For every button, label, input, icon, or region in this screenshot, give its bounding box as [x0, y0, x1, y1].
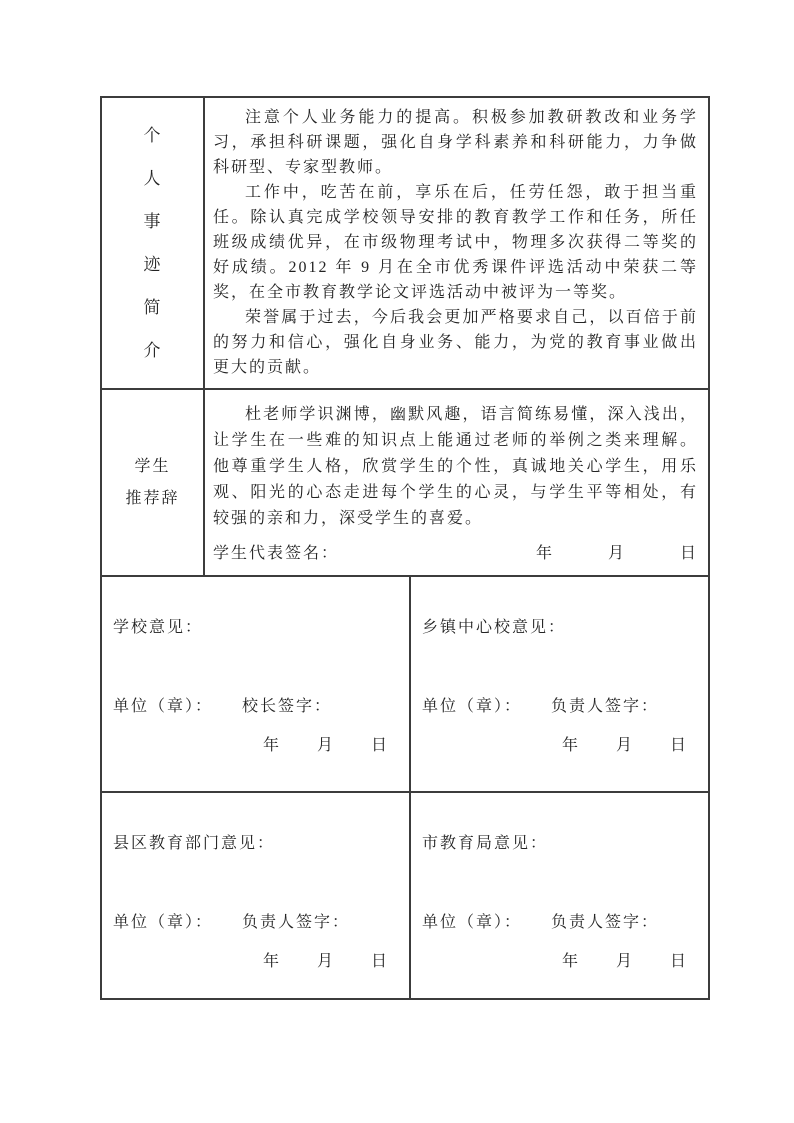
date-fill-in: 年 月 日 [536, 541, 698, 567]
label-char: 迹 [144, 256, 162, 273]
opinion-row-1: 学校意见： 单位（章）： 校长签字： 年 月 日 乡镇中心校意见： 单位（章）：… [102, 575, 708, 791]
document-page: 个 人 事 迹 简 介 注意个人业务能力的提高。积极参加教研教改和业务学习，承担… [0, 0, 794, 1123]
date-fill-in: 年 月 日 [422, 735, 708, 757]
county-education-opinion-cell: 县区教育部门意见： 单位（章）： 负责人签字： 年 月 日 [102, 793, 411, 998]
unit-seal-label: 单位（章）： [113, 912, 213, 934]
opinion-sign-row: 单位（章）： 负责人签字： [422, 696, 708, 718]
label-line: 推荐辞 [125, 483, 179, 515]
opinion-title: 学校意见： [113, 617, 409, 639]
school-opinion-cell: 学校意见： 单位（章）： 校长签字： 年 月 日 [102, 577, 411, 791]
deeds-paragraph: 荣誉属于过去，今后我会更加严格要求自己，以百倍于前的努力和信心，强化自身业务、能… [213, 305, 698, 380]
signer-label: 负责人签字： [551, 912, 659, 934]
township-school-opinion-cell: 乡镇中心校意见： 单位（章）： 负责人签字： 年 月 日 [411, 577, 708, 791]
recommendation-paragraph: 杜老师学识渊博，幽默风趣，语言简练易懂，深入浅出，让学生在一些难的知识点上能通过… [213, 402, 698, 532]
opinion-sign-row: 单位（章）： 负责人签字： [113, 912, 409, 934]
student-signature-line: 学生代表签名： 年 月 日 [213, 541, 698, 567]
date-fill-in: 年 月 日 [113, 951, 409, 973]
signer-label: 负责人签字： [551, 696, 659, 718]
unit-seal-label: 单位（章）： [422, 696, 522, 718]
label-char: 人 [144, 170, 162, 187]
opinion-title: 县区教育部门意见： [113, 833, 409, 855]
personal-deeds-row: 个 人 事 迹 简 介 注意个人业务能力的提高。积极参加教研教改和业务学习，承担… [102, 98, 708, 388]
opinion-row-2: 县区教育部门意见： 单位（章）： 负责人签字： 年 月 日 市教育局意见： 单位… [102, 791, 708, 998]
opinion-sign-row: 单位（章）： 校长签字： [113, 696, 409, 718]
label-char: 介 [144, 342, 162, 359]
opinion-title: 乡镇中心校意见： [422, 617, 708, 639]
date-fill-in: 年 月 日 [113, 735, 409, 757]
opinion-title: 市教育局意见： [422, 833, 708, 855]
student-recommendation-content: 杜老师学识渊博，幽默风趣，语言简练易懂，深入浅出，让学生在一些难的知识点上能通过… [205, 390, 708, 575]
student-signature-label: 学生代表签名： [213, 541, 339, 567]
student-recommendation-label: 学生 推荐辞 [102, 390, 205, 575]
label-char: 事 [144, 213, 162, 230]
deeds-paragraph: 工作中，吃苦在前，享乐在后，任劳任怨，敢于担当重任。除认真完成学校领导安排的教育… [213, 180, 698, 305]
date-fill-in: 年 月 日 [422, 951, 708, 973]
personal-deeds-label: 个 人 事 迹 简 介 [102, 98, 205, 388]
student-recommendation-row: 学生 推荐辞 杜老师学识渊博，幽默风趣，语言简练易懂，深入浅出，让学生在一些难的… [102, 388, 708, 575]
recommendation-form-table: 个 人 事 迹 简 介 注意个人业务能力的提高。积极参加教研教改和业务学习，承担… [100, 96, 710, 1000]
label-char: 个 [144, 127, 162, 144]
opinion-sign-row: 单位（章）： 负责人签字： [422, 912, 708, 934]
deeds-paragraph: 注意个人业务能力的提高。积极参加教研教改和业务学习，承担科研课题，强化自身学科素… [213, 105, 698, 180]
signer-label: 负责人签字： [242, 912, 350, 934]
label-line: 学生 [134, 451, 170, 483]
unit-seal-label: 单位（章）： [113, 696, 213, 718]
label-char: 简 [144, 299, 162, 316]
unit-seal-label: 单位（章）： [422, 912, 522, 934]
personal-deeds-content: 注意个人业务能力的提高。积极参加教研教改和业务学习，承担科研课题，强化自身学科素… [205, 98, 708, 388]
city-education-bureau-opinion-cell: 市教育局意见： 单位（章）： 负责人签字： 年 月 日 [411, 793, 708, 998]
signer-label: 校长签字： [242, 696, 332, 718]
